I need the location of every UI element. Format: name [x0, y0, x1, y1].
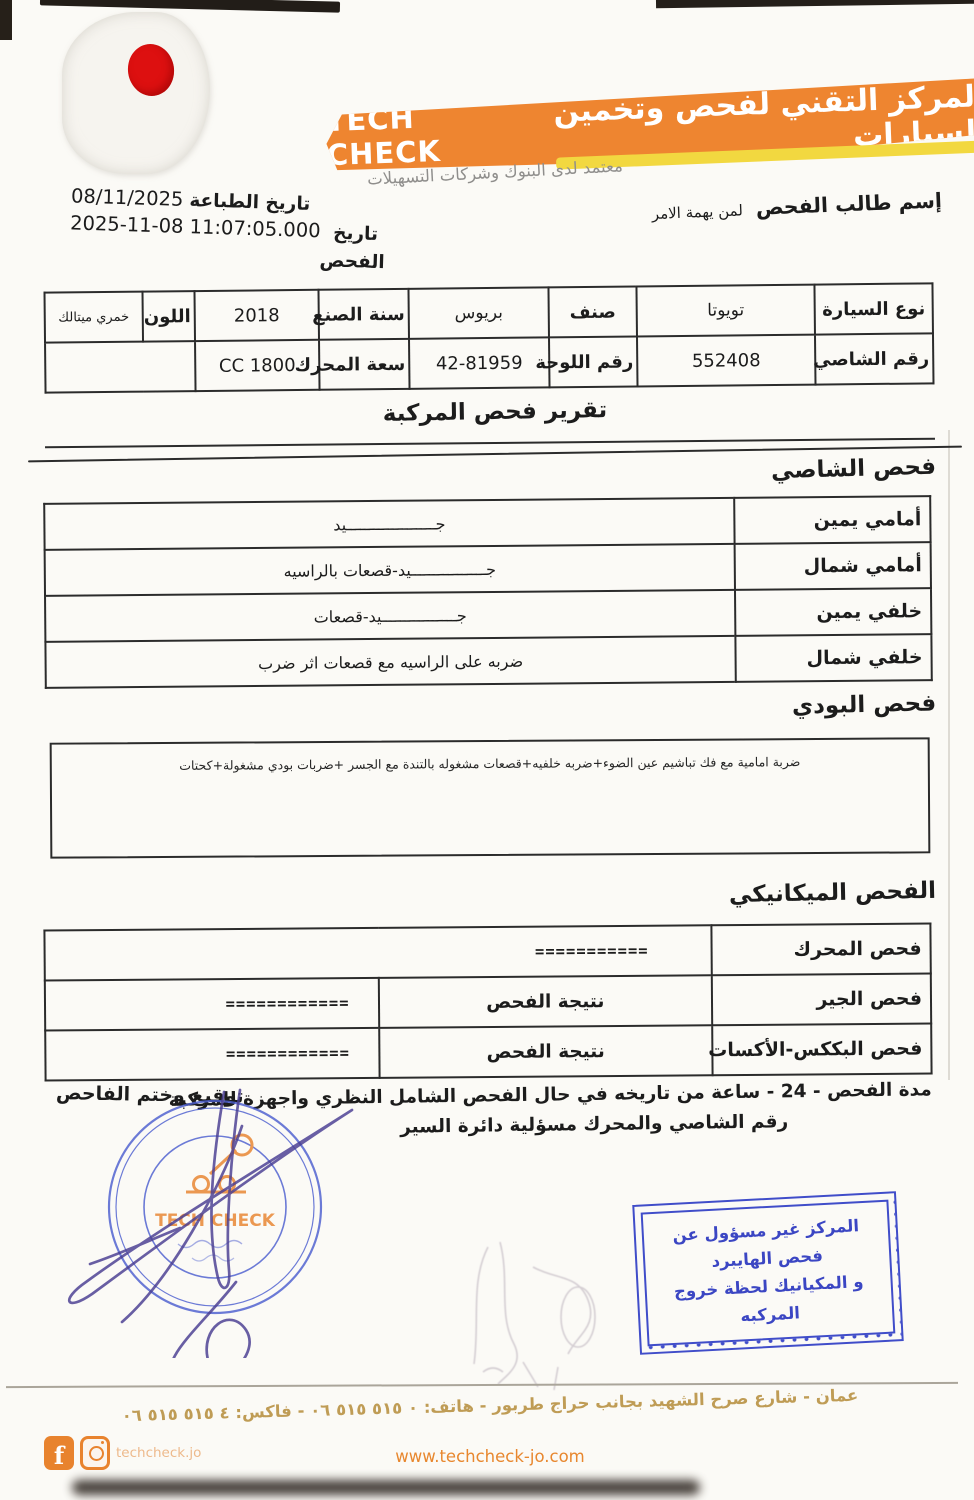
table-row: أمامي يمين جـــــــــــــــــــيد — [44, 496, 930, 550]
vehicle-color-value: خمري ميتالك — [45, 292, 144, 343]
chassis-section-heading: فحص الشاصي — [771, 454, 937, 485]
table-row: فحص المحرك =========== — [44, 924, 930, 981]
requester-block: إسم طالب الفحص لمن يهمة الامر — [562, 188, 943, 227]
exam-date-value: 2025-11-08 11:07:05.000 — [70, 211, 321, 242]
engine-check-label: فحص المحرك — [711, 924, 930, 976]
mechanical-section-heading: الفحص الميكانيكي — [729, 878, 937, 908]
engine-check-value: =========== — [44, 925, 711, 980]
footer-website: www.techcheck-jo.com — [300, 1447, 680, 1466]
plate-number-label: رقم اللوحة — [549, 336, 638, 387]
front-right-label: أمامي يمين — [734, 496, 930, 544]
body-inspection-box: ضربة امامية مع فك تباشيم عين الضوء+ضربه … — [50, 737, 931, 858]
body-inspection-note: ضربة امامية مع فك تباشيم عين الضوء+ضربه … — [52, 753, 928, 773]
axles-check-label: فحص البككس-الأكسات — [712, 1024, 931, 1076]
gearbox-check-label: فحص الجير — [712, 974, 931, 1026]
paper-fold-line — [948, 430, 950, 1080]
gearbox-result-label: نتيجة الفحص — [378, 975, 712, 1028]
vehicle-class-label: صنف — [548, 286, 637, 337]
front-left-label: أمامي شمال — [735, 542, 931, 590]
requester-value: لمن يهمة الامر — [651, 201, 743, 223]
axles-result-label: نتيجة الفحص — [379, 1025, 713, 1078]
facebook-icon: f — [44, 1436, 74, 1470]
rear-right-label: خلفي يمين — [735, 588, 931, 636]
front-right-value: جـــــــــــــــــــيد — [44, 498, 734, 550]
exam-date-label: تاريخ الفحص — [324, 219, 386, 276]
plate-number-value: 42-81959 — [409, 337, 550, 388]
scan-edge-artifact — [656, 0, 974, 8]
table-row: أمامي شمال جــــــــــــــــيد-قصعات بال… — [45, 542, 931, 596]
scan-corner-artifact — [0, 0, 12, 40]
vehicle-row-2: رقم الشاصي 552408 رقم اللوحة 42-81959 سع… — [45, 333, 933, 392]
horizontal-rule — [45, 438, 935, 449]
rear-right-value: جــــــــــــــــيد-قصعات — [45, 590, 735, 642]
empty-cell — [45, 341, 196, 393]
vehicle-type-label: نوع السيارة — [814, 283, 933, 334]
vehicle-type-value: تويوتا — [636, 285, 815, 337]
vehicle-class-value: بريوس — [408, 287, 549, 338]
vehicle-year-value: 2018 — [194, 290, 319, 341]
rear-left-label: خلفي شمال — [735, 634, 931, 682]
vehicle-color-label: اللون — [142, 291, 195, 342]
whiteout-blob — [62, 12, 210, 174]
chassis-inspection-table: أمامي يمين جـــــــــــــــــــيد أمامي … — [43, 495, 933, 689]
table-row: خلفي شمال ضربه على الراسيه مع قصعات اثر … — [45, 634, 931, 688]
engine-capacity-label: سعة المحرك — [319, 339, 410, 390]
chassis-number-value: 552408 — [637, 335, 816, 387]
blue-stamp-line-2: و المكيانيك لحظة خروج المركبه — [652, 1267, 887, 1335]
requester-label: إسم طالب الفحص — [755, 188, 942, 219]
ghost-ink-imprint — [428, 1222, 643, 1397]
social-handle: techcheck.jo — [116, 1445, 201, 1461]
scanned-inspection-report: المركز التقني لفحص وتخمين السيارات TECH … — [0, 0, 974, 1500]
footer-social: f techcheck.jo — [44, 1436, 201, 1470]
rear-left-value: ضربه على الراسيه مع قصعات اثر ضرب — [45, 636, 735, 688]
company-name-english: TECH CHECK — [325, 98, 503, 172]
vehicle-info-table: نوع السيارة تويوتا صنف بريوس سنة الصنع 2… — [43, 282, 934, 393]
table-row: فحص الجير نتيجة الفحص ============ — [45, 974, 931, 1031]
print-date-label: تاريخ الطباعة — [189, 190, 311, 215]
dates-block: تاريخ الطباعة 08/11/2025 تاريخ الفحص 202… — [69, 184, 431, 278]
table-row: خلفي يمين جــــــــــــــــيد-قصعات — [45, 588, 931, 642]
body-section-heading: فحص البودي — [792, 690, 937, 719]
vehicle-year-label: سنة الصنع — [318, 289, 409, 340]
handwritten-signature — [28, 1068, 372, 1358]
exam-date-row: تاريخ الفحص 2025-11-08 11:07:05.000 — [69, 211, 431, 278]
scan-bottom-shadow — [72, 1480, 700, 1495]
blue-stamp-text: المركز غير مسؤول عن فحص الهايبرد و المكي… — [641, 1200, 896, 1347]
blue-disclaimer-stamp: المركز غير مسؤول عن فحص الهايبرد و المكي… — [632, 1191, 903, 1355]
gearbox-check-value: ============ — [45, 978, 379, 1031]
scan-edge-artifact — [40, 0, 340, 13]
instagram-icon — [80, 1436, 110, 1470]
print-date-value: 08/11/2025 — [71, 184, 184, 211]
report-title: تقرير فحص المركبة — [330, 396, 660, 428]
mechanical-inspection-table: فحص المحرك =========== فحص الجير نتيجة ا… — [43, 923, 932, 1082]
chassis-number-label: رقم الشاصي — [815, 333, 934, 384]
front-left-value: جــــــــــــــــيد-قصعات بالراسيه — [45, 544, 735, 596]
